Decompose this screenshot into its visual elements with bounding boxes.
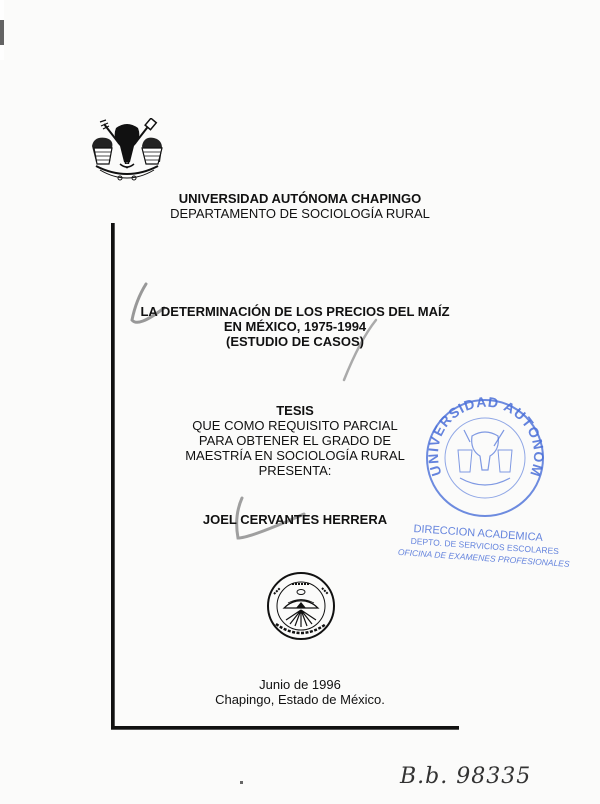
author-name: JOEL CERVANTES HERRERA	[150, 512, 440, 527]
svg-text:UNIVERSIDAD AUTONOMA CHAPINGO: UNIVERSIDAD AUTONOMA CHAPINGO	[420, 394, 547, 479]
department-seal-icon	[262, 570, 340, 642]
thesis-line-4: PRESENTA:	[150, 463, 440, 478]
scan-speck	[240, 781, 243, 784]
handwritten-catalog-number: B.b. 98335	[400, 764, 531, 789]
thesis-label: TESIS	[150, 403, 440, 418]
frame-border-bottom	[111, 726, 459, 729]
title-line-2: EN MÉXICO, 1975-1994	[130, 319, 460, 334]
thesis-title: LA DETERMINACIÓN DE LOS PRECIOS DEL MAÍZ…	[130, 304, 460, 349]
publication-date: Junio de 1996	[150, 677, 450, 692]
university-crest-icon	[86, 118, 168, 186]
department-name: DEPARTAMENTO DE SOCIOLOGÍA RURAL	[0, 206, 600, 221]
official-stamp-icon: UNIVERSIDAD AUTONOMA CHAPINGO	[420, 394, 550, 520]
thesis-statement: TESIS QUE COMO REQUISITO PARCIAL PARA OB…	[150, 403, 440, 478]
thesis-line-2: PARA OBTENER EL GRADO DE	[150, 433, 440, 448]
frame-border-left	[111, 223, 114, 730]
publication-place: Chapingo, Estado de México.	[150, 692, 450, 707]
publication-info: Junio de 1996 Chapingo, Estado de México…	[150, 677, 450, 707]
scan-edge-mark	[0, 0, 4, 60]
thesis-line-3: MAESTRÍA EN SOCIOLOGÍA RURAL	[150, 448, 440, 463]
institution-header: UNIVERSIDAD AUTÓNOMA CHAPINGO DEPARTAMEN…	[0, 191, 600, 221]
stamp-ring-text: UNIVERSIDAD AUTONOMA CHAPINGO	[420, 394, 547, 479]
thesis-line-1: QUE COMO REQUISITO PARCIAL	[150, 418, 440, 433]
title-line-1: LA DETERMINACIÓN DE LOS PRECIOS DEL MAÍZ	[130, 304, 460, 319]
title-line-3: (ESTUDIO DE CASOS)	[130, 334, 460, 349]
stamp-office-text: DIRECCION ACADEMICA DEPTO. DE SERVICIOS …	[397, 522, 599, 572]
university-name: UNIVERSIDAD AUTÓNOMA CHAPINGO	[0, 191, 600, 206]
